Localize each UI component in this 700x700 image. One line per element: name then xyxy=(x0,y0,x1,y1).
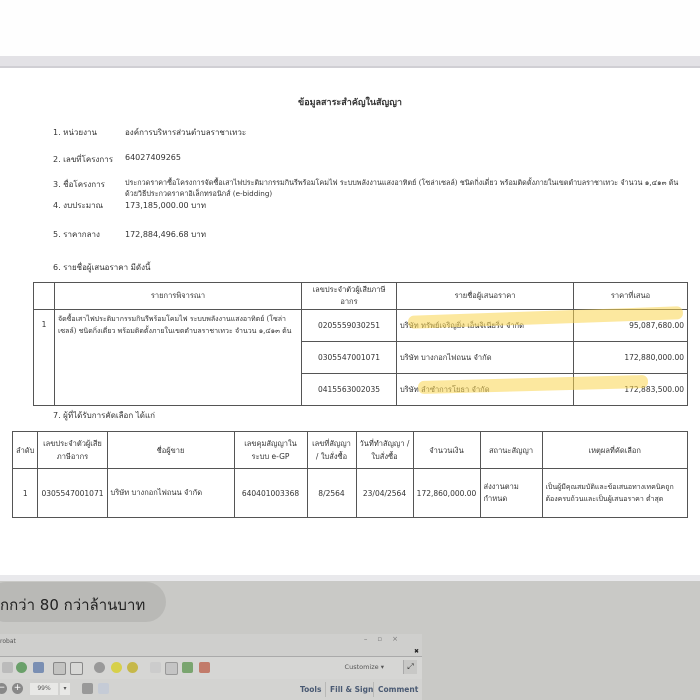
field-value: 173,185,000.00 บาท xyxy=(125,199,206,212)
item-number: 1 xyxy=(34,310,55,406)
tab-tools[interactable]: Tools xyxy=(296,682,321,697)
header-contract-date: วันที่ทำสัญญา / ใบสั่งซื้อ xyxy=(356,432,413,469)
header-no: ลำดับ xyxy=(13,432,38,469)
sign-icon[interactable] xyxy=(199,662,210,673)
header-egp-number: เลขคุมสัญญาในระบบ e-GP xyxy=(234,432,307,469)
tab-fill-sign[interactable]: Fill & Sign xyxy=(325,682,373,697)
bidder-tax-id: 0415563002035 xyxy=(302,374,397,406)
zoom-dropdown-icon[interactable]: ▾ xyxy=(60,683,70,695)
header-blank xyxy=(34,283,55,310)
export-icon[interactable] xyxy=(182,662,193,673)
window-title: robat xyxy=(0,638,16,645)
row-reason: เป็นผู้มีคุณสมบัติและข้อเสนอทางเทคนิคถูก… xyxy=(542,469,688,518)
save-icon[interactable] xyxy=(2,662,13,673)
row-no: 1 xyxy=(13,469,38,518)
comment-icon[interactable] xyxy=(111,662,122,673)
acrobat-window: robat –▫× ✖ Customize ▾ ⤢ − + 99% ▾ Tool… xyxy=(0,634,422,700)
section7-label: 7. ผู้ที่ได้รับการคัดเลือก ได้แก่ xyxy=(53,409,155,422)
field-label: 4. งบประมาณ xyxy=(53,199,103,212)
caption-text: กกว่า 80 กว่าล้านบาท xyxy=(0,593,145,617)
header-item: รายการพิจารณา xyxy=(55,283,302,310)
row-amount: 172,860,000.00 xyxy=(413,469,480,518)
close-icon[interactable]: × xyxy=(392,635,408,643)
bidder-name: บริษัท บางกอกไฟถนน จำกัด xyxy=(397,342,574,374)
customize-label: Customize xyxy=(345,663,379,671)
header-contract-number: เลขที่สัญญา / ใบสั่งซื้อ xyxy=(307,432,356,469)
row-status: ส่งงานตามกำหนด xyxy=(480,469,542,518)
edit-icon[interactable] xyxy=(53,662,66,675)
row-contract-date: 23/04/2564 xyxy=(356,469,413,518)
field-value: 172,884,496.68 บาท xyxy=(125,228,206,241)
document-icon[interactable] xyxy=(165,662,178,675)
browser-top-area xyxy=(0,0,700,56)
header-tax-id: เลขประจำตัวผู้เสียภาษีอากร xyxy=(38,432,107,469)
row-tax-id: 0305547001071 xyxy=(38,469,107,518)
restore-icon[interactable]: ▫ xyxy=(377,635,392,643)
print-icon[interactable] xyxy=(33,662,44,673)
table-row: 1 0305547001071 บริษัท บางกอกไฟถนน จำกัด… xyxy=(13,469,688,518)
field-label: 3. ชื่อโครงการ xyxy=(53,178,105,191)
header-tax-id: เลขประจำตัวผู้เสียภาษีอากร xyxy=(302,283,397,310)
bidder-price: 172,880,000.00 xyxy=(574,342,688,374)
item-description: จัดซื้อเสาไฟประติมากรรมกินรีพร้อมโคมไฟ ร… xyxy=(55,310,302,406)
row-contract-number: 8/2564 xyxy=(307,469,356,518)
header-seller: ชื่อผู้ขาย xyxy=(107,432,234,469)
field-value: ประกวดราคาซื้อโครงการจัดซื้อเสาไฟประติมา… xyxy=(125,178,678,189)
minimize-icon[interactable]: – xyxy=(364,635,378,643)
row-seller: บริษัท บางกอกไฟถนน จำกัด xyxy=(107,469,234,518)
upload-icon[interactable] xyxy=(16,662,27,673)
customize-button[interactable]: Customize ▾ xyxy=(345,663,384,671)
document-page: ข้อมูลสาระสำคัญในสัญญา 1. หน่วยงาน องค์ก… xyxy=(0,68,700,575)
highlight-comment-icon[interactable] xyxy=(127,662,138,673)
row-egp-number: 640401003368 xyxy=(234,469,307,518)
header-price: ราคาที่เสนอ xyxy=(574,283,688,310)
gear-icon[interactable] xyxy=(94,662,105,673)
zoom-out-icon[interactable]: − xyxy=(0,683,7,694)
selected-vendor-table: ลำดับ เลขประจำตัวผู้เสียภาษีอากร ชื่อผู้… xyxy=(12,431,688,518)
field-label: 1. หน่วยงาน xyxy=(53,126,97,139)
document-title: ข้อมูลสาระสำคัญในสัญญา xyxy=(0,95,700,109)
bidder-tax-id: 0305547001071 xyxy=(302,342,397,374)
window-controls: –▫× xyxy=(364,635,408,643)
field-label: 5. ราคากลาง xyxy=(53,228,100,241)
full-screen-icon[interactable] xyxy=(98,683,109,694)
close-panel-icon[interactable]: ✖ xyxy=(414,648,419,655)
tab-comment[interactable]: Comment xyxy=(373,682,418,697)
header-reason: เหตุผลที่คัดเลือก xyxy=(542,432,688,469)
navigation-bar: − + 99% ▾ Tools Fill & Sign Comment xyxy=(0,679,422,700)
toolbar: Customize ▾ ⤢ xyxy=(0,656,422,680)
zoom-in-icon[interactable]: + xyxy=(12,683,23,694)
separator-band xyxy=(0,56,700,68)
pen-icon[interactable] xyxy=(150,662,161,673)
header-bidder-name: รายชื่อผู้เสนอราคา xyxy=(397,283,574,310)
header-amount: จำนวนเงิน xyxy=(413,432,480,469)
section6-label: 6. รายชื่อผู้เสนอราคา มีดังนี้ xyxy=(53,261,150,274)
bidder-tax-id: 0205559030251 xyxy=(302,310,397,342)
expand-icon[interactable]: ⤢ xyxy=(403,660,417,674)
zoom-level-input[interactable]: 99% xyxy=(30,683,58,695)
field-value: องค์การบริหารส่วนตำบลราชาเทวะ xyxy=(125,126,246,139)
fit-page-icon[interactable] xyxy=(82,683,93,694)
email-icon[interactable] xyxy=(70,662,83,675)
header-status: สถานะสัญญา xyxy=(480,432,542,469)
field-label: 2. เลขที่โครงการ xyxy=(53,153,113,166)
field-value: 64027409265 xyxy=(125,153,181,162)
